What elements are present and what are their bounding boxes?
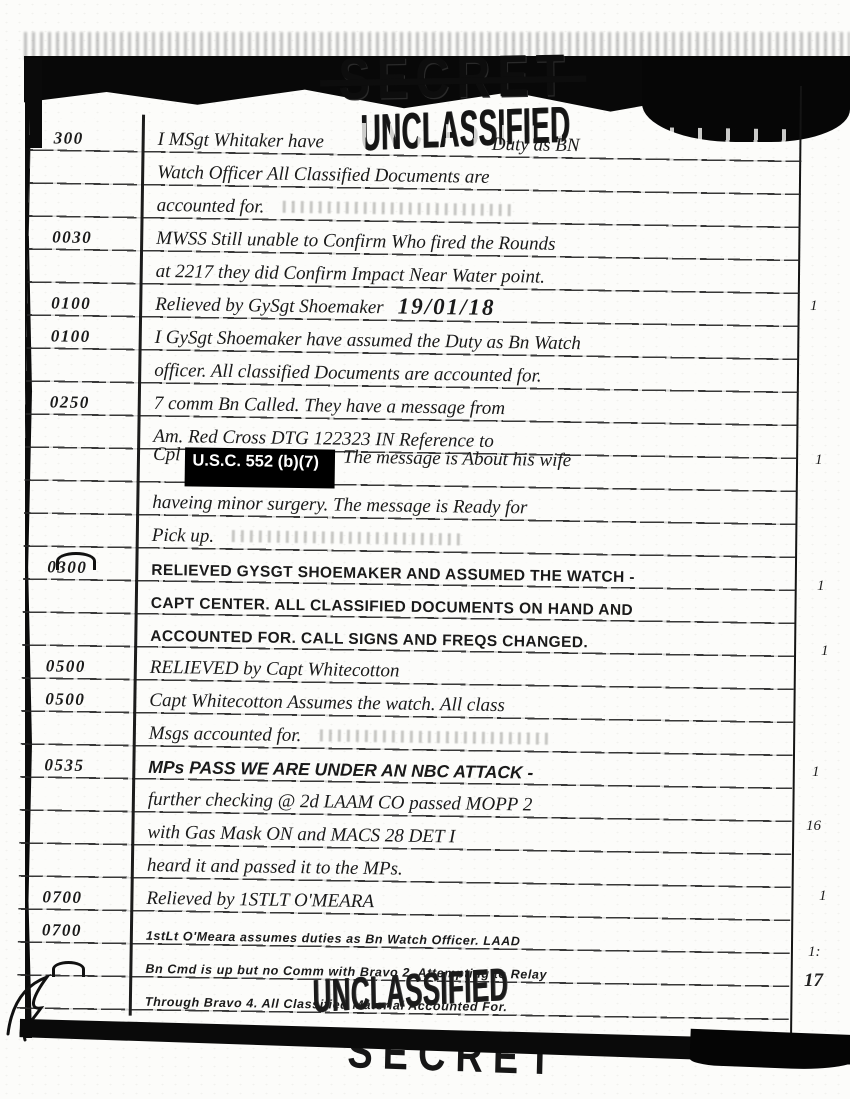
watch-log-table: 300 I MSgt Whitaker haveDuty as BN Watch… xyxy=(17,118,802,1020)
log-text-main: accounted for. xyxy=(157,195,265,218)
date-marker: 19/01/18 xyxy=(398,293,496,319)
stamp-residue-smudge xyxy=(319,729,549,744)
margin-mark: 1 xyxy=(812,764,820,781)
log-time: 0250 xyxy=(26,392,138,417)
log-text-main: Relieved by GySgt Shoemaker xyxy=(155,294,384,318)
log-time: 0700 xyxy=(18,887,130,912)
log-time: 0100 xyxy=(27,293,139,318)
log-text-main: Msgs accounted for. xyxy=(149,723,302,746)
redaction-box: U.S.C. 552 (b)(7) xyxy=(185,447,335,489)
log-time: 0500 xyxy=(22,656,134,681)
log-text-post: Duty as BN xyxy=(492,134,580,156)
log-time: 300 xyxy=(30,128,142,153)
log-text: CplU.S.C. 552 (b)(7)The message is About… xyxy=(137,441,798,492)
margin-mark: 1 xyxy=(819,888,827,905)
stamp-residue-smudge xyxy=(282,201,512,216)
margin-mark: 17 xyxy=(804,970,823,992)
log-time: 0030 xyxy=(28,227,140,252)
log-time: 0535 xyxy=(20,755,132,780)
log-time: 0500 xyxy=(21,689,133,714)
log-time: 0100 xyxy=(27,326,139,351)
margin-arc-mark xyxy=(56,552,96,570)
stamp-residue-smudge xyxy=(232,530,462,545)
log-text-post: The message is About his wife xyxy=(343,446,571,470)
log-text-main: Pick up. xyxy=(152,525,215,547)
scan-black-band-bottom-tail xyxy=(689,1029,850,1071)
log-time: 0700 xyxy=(18,920,130,945)
margin-mark: 1 xyxy=(815,452,823,469)
scanned-log-page: SECRET UNCLASSIFIED 300 I MSgt Whitaker … xyxy=(0,0,850,1099)
margin-mark: 1 xyxy=(810,298,818,315)
margin-mark: 1 xyxy=(817,578,825,595)
stamp-gap xyxy=(324,147,492,149)
log-text-pre: Cpl xyxy=(153,443,181,464)
margin-mark: 16 xyxy=(806,818,821,835)
margin-mark: 1: xyxy=(808,944,821,961)
secret-stamp-top: SECRET xyxy=(338,40,572,113)
log-text-pre: I MSgt Whitaker have xyxy=(158,129,324,152)
margin-mark: 1 xyxy=(821,643,829,660)
